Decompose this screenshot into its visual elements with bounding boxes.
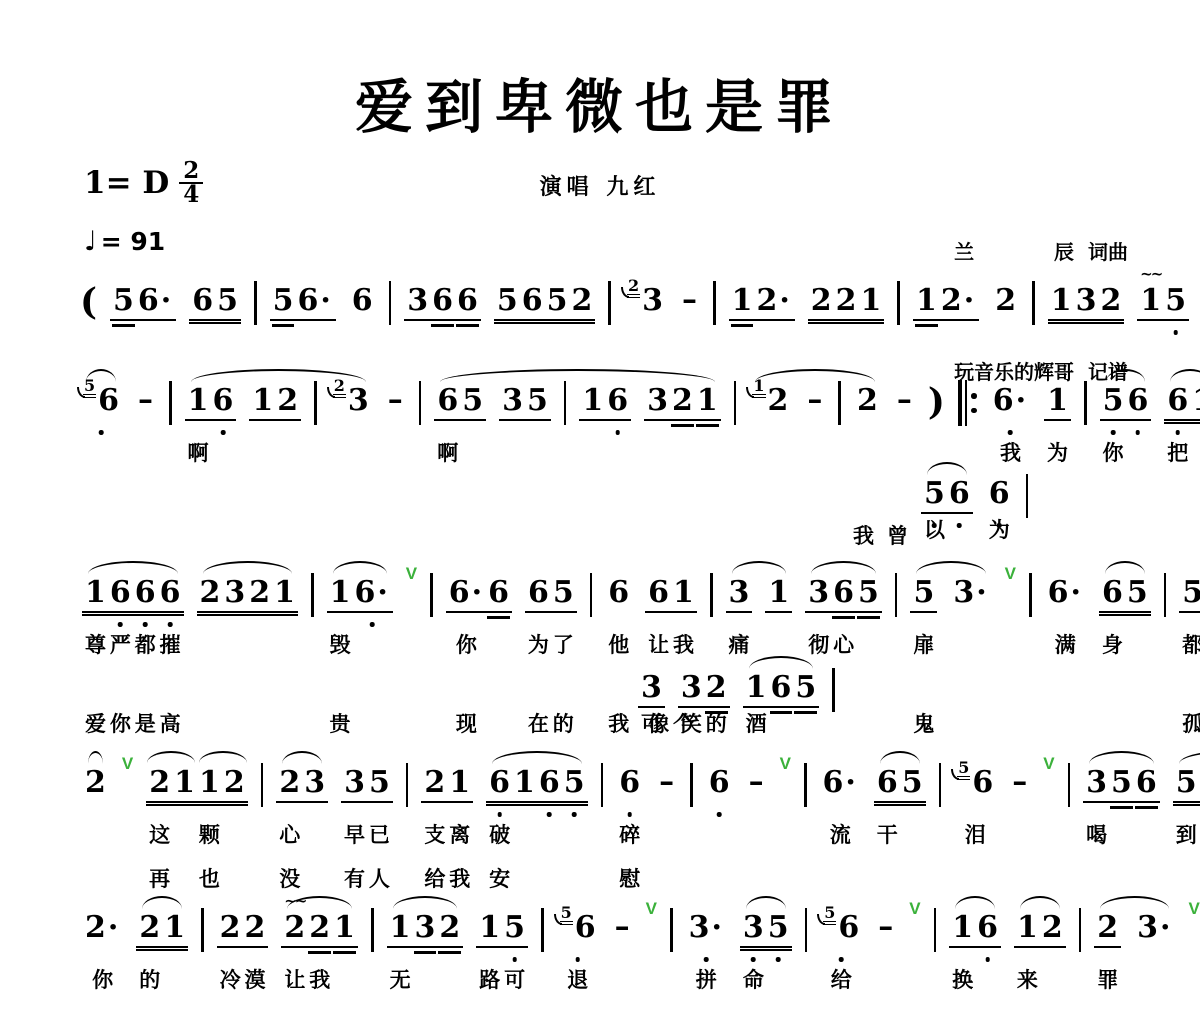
- barline: [314, 381, 317, 425]
- note-group: 5你6: [1100, 385, 1152, 421]
- beam: 2~~让2我1: [281, 912, 358, 948]
- repeat-start-sign: [958, 380, 977, 426]
- note-group: 6碎慰: [616, 767, 643, 801]
- grace-note: 5: [957, 759, 970, 780]
- beam: 56·: [110, 285, 176, 321]
- note-digit: 3痛: [727, 577, 752, 608]
- score-line-2: 56–1啊61223–6啊5351632112–2–)6·我1为5你66把1: [80, 367, 1200, 426]
- lyric-syllable: 破: [489, 823, 510, 847]
- slur-group: 3痛1: [726, 577, 793, 613]
- breath-mark: V: [1043, 754, 1054, 774]
- barline: [1164, 573, 1167, 617]
- note-digit: 6·我: [991, 385, 1030, 416]
- slur-group: 5扉鬼3·: [910, 577, 991, 613]
- note-digit: 2: [809, 285, 834, 316]
- lyric-syllable: 心: [279, 823, 300, 847]
- note-group: 6他我: [605, 577, 632, 611]
- note-digit: 23: [331, 385, 371, 416]
- augmentation-dot: ·: [1068, 577, 1082, 608]
- note-group: 23: [624, 285, 666, 319]
- grace-note: 2: [627, 277, 640, 298]
- beam: 2心没3: [276, 767, 328, 803]
- lyric-syllable-verse2: 人: [369, 867, 390, 891]
- note-digit: 2·你: [83, 912, 122, 943]
- barline: [710, 573, 713, 617]
- lyric-syllable: 满: [1055, 633, 1076, 657]
- barline: [169, 381, 172, 425]
- barline: [541, 908, 544, 952]
- note-digit: 1: [914, 285, 939, 316]
- note-digit: 5: [545, 285, 570, 316]
- repeat-thin-bar: [965, 380, 967, 426]
- barline: [430, 573, 433, 617]
- barline: [895, 573, 898, 617]
- note-digit: 2这再: [147, 767, 172, 798]
- note-group: 1毁贵6·: [327, 577, 393, 613]
- barline: [419, 381, 422, 425]
- note-group: 1换6: [949, 912, 1001, 948]
- low-octave-dots: [776, 957, 781, 962]
- note-digit: 2的: [704, 672, 729, 703]
- beam: 65: [189, 285, 241, 321]
- note-group: 3·: [950, 577, 991, 611]
- beam: 12·: [913, 285, 979, 321]
- quarter-note-icon: ♩: [84, 226, 97, 257]
- extra-beam: [431, 324, 454, 327]
- lyric-syllable: 已: [369, 823, 390, 847]
- note-group: 6让像1我个: [645, 577, 697, 613]
- dash-extension: –: [385, 385, 406, 415]
- note-group: 5652: [494, 285, 596, 321]
- low-octave-dots: [1175, 430, 1180, 435]
- beam: 6让像1我个: [645, 577, 697, 613]
- note-group: 3可: [638, 672, 665, 708]
- note-digit: 6: [1125, 385, 1150, 416]
- note-digit: 23: [625, 285, 665, 316]
- note-digit: 3喝: [1084, 767, 1109, 798]
- note-group: 65: [189, 285, 241, 321]
- note-digit: 5: [766, 912, 791, 943]
- extra-beam: [696, 424, 719, 427]
- slur-group: 12–2: [749, 385, 880, 425]
- note-group: 5都孤6是独: [1179, 577, 1200, 613]
- note-digit: 1啊: [186, 385, 211, 416]
- augmentation-dot: ·: [843, 767, 857, 798]
- lyric-syllable: 酒: [746, 712, 767, 736]
- note-digit: 6: [605, 385, 630, 416]
- score-line-7: 2·你2的12冷2漠2~~让2我11无321路5可56退–V3·拼3命556给–…: [82, 894, 1200, 952]
- barline: [1032, 281, 1035, 325]
- note-group: 56·: [270, 285, 336, 321]
- note-digit: 1: [695, 385, 720, 416]
- beam: 23: [330, 385, 372, 419]
- note-digit: 3·拼: [687, 912, 726, 943]
- note-group: 2321: [197, 577, 299, 613]
- note-digit: 6: [210, 385, 235, 416]
- score-line-4: 1尊爱6严你6都是6摧高23211毁贵6·V6·你现66为在5了的6他我6让像1…: [82, 559, 1200, 617]
- note-digit: 2的: [137, 912, 162, 943]
- beam: 2321: [197, 577, 299, 613]
- note-digit: 1: [162, 912, 187, 943]
- lyric-syllable: 命: [743, 968, 764, 992]
- dash-extension: –: [656, 767, 677, 797]
- note-digit: 5扉鬼: [911, 577, 936, 608]
- note-digit: 5可: [502, 912, 527, 943]
- lyric-syllable: 他: [608, 633, 629, 657]
- note-group: 3痛: [726, 577, 753, 613]
- beam: 2: [854, 385, 881, 419]
- note-digit: 2冷: [218, 912, 243, 943]
- breath-mark: V: [646, 899, 657, 919]
- note-digit: 6都是: [133, 577, 158, 608]
- lyric-syllable: 泪: [965, 823, 986, 847]
- lyric-syllable-verse2: 鬼: [913, 712, 934, 736]
- dash-extension: –: [679, 285, 700, 315]
- note-group: 3笑2的: [678, 672, 730, 708]
- extra-beam: [112, 324, 135, 327]
- beam: 1酒65: [743, 672, 820, 708]
- note-group: 12: [249, 385, 301, 421]
- note-group: 12: [749, 385, 791, 419]
- augmentation-dot: ·: [318, 285, 332, 316]
- low-octave-dots: [985, 957, 990, 962]
- note-digit: 6·满: [1046, 577, 1085, 608]
- beam: 1为: [1044, 385, 1071, 421]
- lyric-syllable: 你: [1103, 441, 1124, 465]
- lyric-syllable: 啊: [437, 441, 458, 465]
- note-group: 5扉鬼: [910, 577, 937, 613]
- augmentation-dot: ·: [375, 577, 389, 608]
- note-digit: 6·: [352, 577, 391, 608]
- note-group: 221: [808, 285, 885, 321]
- barline: [406, 763, 409, 807]
- lyric-syllable: 漠: [244, 968, 265, 992]
- barline: [201, 908, 204, 952]
- lyric-syllable: 笑: [681, 712, 702, 736]
- note-digit: 5: [111, 285, 136, 316]
- lyric-syllable: 罪: [1097, 968, 1118, 992]
- note-group: 1无32: [387, 912, 464, 948]
- note-digit: 1: [730, 285, 755, 316]
- low-octave-dots: [497, 812, 502, 817]
- note-digit: 2: [570, 285, 595, 316]
- note-digit: 1换: [950, 912, 975, 943]
- barline: [261, 763, 264, 807]
- note-digit: 2支给: [422, 767, 447, 798]
- note-group: 6: [349, 285, 376, 319]
- note-digit: 2: [1098, 285, 1123, 316]
- note-digit: 1为: [1045, 385, 1070, 416]
- score-line-5: 3可3笑2的1酒65: [638, 654, 835, 712]
- barline: [713, 281, 716, 325]
- lyric-syllable: 我: [309, 968, 330, 992]
- extra-beam: [794, 711, 817, 714]
- note-digit: 1离我: [447, 767, 472, 798]
- time-signature: 2 4: [179, 160, 203, 206]
- barline: [1084, 381, 1087, 425]
- low-octave-dots: [704, 957, 709, 962]
- barline: [1026, 474, 1029, 518]
- beam: 1啊6: [185, 385, 237, 421]
- note-digit: 2: [437, 912, 462, 943]
- score-line-6: 2V2这再11颗也22心没33早有5已人2支给1离我6破安1656碎慰–6–V6…: [82, 749, 1200, 807]
- lyric-syllable-verse2: 安: [489, 867, 510, 891]
- lyric-syllable: 换: [952, 968, 973, 992]
- grace-note: 1: [752, 377, 765, 398]
- note-digit: 3: [222, 577, 247, 608]
- note-digit: 1路: [477, 912, 502, 943]
- augmentation-dot: ·: [159, 285, 173, 316]
- lyric-syllable: 喝: [1086, 823, 1107, 847]
- note-digit: 6: [537, 767, 562, 798]
- note-group: 2这再11颗也2: [146, 767, 248, 803]
- lyric-syllable: 干: [877, 823, 898, 847]
- note-digit: 5: [856, 577, 881, 608]
- beam: 6·满: [1045, 577, 1086, 611]
- breath-mark: V: [1188, 899, 1199, 919]
- repeat-thick-bar: [958, 380, 962, 426]
- tempo-value: = 91: [101, 227, 165, 256]
- note-group: 1啊6: [185, 385, 237, 421]
- lyric-syllable: 你: [456, 633, 477, 657]
- low-octave-dots: [547, 812, 552, 817]
- low-octave-dots: [1111, 430, 1116, 435]
- lyric-syllable: 心: [833, 633, 854, 657]
- note-group: 5到652: [1173, 767, 1200, 803]
- note-group: 2心没3: [276, 767, 328, 803]
- note-group: 3·拼: [686, 912, 727, 946]
- lyric-syllable: 早: [344, 823, 365, 847]
- dash-extension: –: [135, 385, 156, 415]
- note-digit: 5: [1125, 577, 1150, 608]
- lyric-syllable: 可: [641, 712, 662, 736]
- note-digit: 6: [707, 767, 732, 798]
- note-group: 6·我: [990, 385, 1031, 419]
- note-digit: 2心没: [277, 767, 302, 798]
- tempo-marking: ♩ = 91: [84, 226, 165, 257]
- note-digit: 2·: [939, 285, 978, 316]
- lyric-syllable: 啊: [188, 441, 209, 465]
- note-digit: 5: [900, 767, 925, 798]
- lyric-syllable: 为: [528, 633, 549, 657]
- beam: 5你6: [1100, 385, 1152, 421]
- note-digit: 1: [250, 385, 275, 416]
- lyric-syllable: 可: [504, 968, 525, 992]
- barline: [590, 573, 593, 617]
- lyric-syllable-verse2: 我: [449, 867, 470, 891]
- lyric-syllable: 为: [1047, 441, 1068, 465]
- beam: 321: [644, 385, 721, 421]
- note-digit: 6啊: [435, 385, 460, 416]
- extra-beam: [272, 324, 295, 327]
- beam: 1来2: [1014, 912, 1066, 948]
- note-digit: 2: [222, 767, 247, 798]
- lyric-syllable: 支: [424, 823, 445, 847]
- slur-group: 6啊53516321: [434, 385, 720, 425]
- low-octave-dots: [370, 622, 375, 627]
- low-octave-dots: [615, 430, 620, 435]
- dash-extension: –: [612, 912, 633, 942]
- note-digit: 1: [859, 285, 884, 316]
- beam: 6他我: [605, 577, 632, 611]
- extra-beam: [857, 616, 880, 619]
- beam: 3喝56: [1083, 767, 1160, 803]
- note-group: 56给: [820, 912, 862, 946]
- beam: 6碎慰: [616, 767, 643, 801]
- note-digit: 1尊爱: [83, 577, 108, 608]
- note-digit: 5: [793, 672, 818, 703]
- beam: 6·你现6: [446, 577, 512, 613]
- note-group: 2: [992, 285, 1019, 319]
- augmentation-dot: ·: [106, 912, 120, 943]
- beam: 366: [404, 285, 481, 321]
- beam: 2支给1离我: [421, 767, 473, 803]
- beam: 56: [80, 385, 122, 419]
- note-group: 2: [82, 767, 109, 801]
- note-group: 6破安165: [486, 767, 588, 803]
- lyric-syllable: 无: [390, 968, 411, 992]
- breath-mark: V: [780, 754, 791, 774]
- note-group: 16: [579, 385, 631, 421]
- beam: 2冷2漠: [217, 912, 269, 948]
- note-group: 1酒65: [743, 672, 820, 708]
- beam: 56·: [270, 285, 336, 321]
- beam: 1无32: [387, 912, 464, 948]
- credit-lyricist-composer: 兰 辰 词曲: [954, 232, 1128, 272]
- note-group: 56: [80, 385, 122, 419]
- note-group: 6为: [986, 478, 1013, 512]
- lyric-syllable-verse2: 现: [456, 712, 477, 736]
- barline: [254, 281, 257, 325]
- note-digit: 1酒: [744, 672, 769, 703]
- note-digit: 3彻: [806, 577, 831, 608]
- beam: 2这再11颗也2: [146, 767, 248, 803]
- lyric-syllable: 给: [831, 968, 852, 992]
- lyric-syllable: 流: [830, 823, 851, 847]
- note-digit: 6: [769, 672, 794, 703]
- grace-note: 5: [83, 377, 96, 398]
- lyric-syllable: 冷: [220, 968, 241, 992]
- beam: 132: [1048, 285, 1125, 321]
- note-digit: 1: [172, 767, 197, 798]
- note-group: 3喝56: [1083, 767, 1160, 803]
- lyric-syllable: 拼: [696, 968, 717, 992]
- note-digit: 6: [947, 478, 972, 509]
- score-line-1: (56·6556·6366565223–12·22112·21321~~556–…: [80, 267, 1200, 325]
- note-digit: 6破安: [487, 767, 512, 798]
- low-octave-dots: [717, 812, 722, 817]
- barline: [1029, 573, 1032, 617]
- lyric-syllable-verse2: 也: [199, 867, 220, 891]
- note-digit: 6·: [295, 285, 334, 316]
- low-octave-dots: [751, 957, 756, 962]
- note-digit: 1: [512, 767, 537, 798]
- extra-beam: [832, 616, 855, 619]
- augmentation-dot: ·: [974, 577, 988, 608]
- beam: 2: [992, 285, 1019, 319]
- beam: 6把1: [1164, 385, 1200, 421]
- note-digit: 2: [834, 285, 859, 316]
- lyric-syllable-verse2: 是: [135, 712, 156, 736]
- repeat-dots: [971, 393, 977, 413]
- note-group: 1: [765, 577, 792, 613]
- note-digit: 2: [1040, 912, 1065, 943]
- lyric-syllable: 都: [135, 633, 156, 657]
- extra-beam: [438, 951, 461, 954]
- beam: 5到652: [1173, 767, 1200, 803]
- note-digit: 2: [855, 385, 880, 416]
- note-digit: 1来: [1015, 912, 1040, 943]
- lyric-syllable: 我: [853, 520, 874, 550]
- lyric-syllable: 把: [1167, 441, 1188, 465]
- note-group: 3命5: [740, 912, 792, 948]
- beam: 56退: [557, 912, 599, 946]
- note-digit: 2漠: [243, 912, 268, 943]
- note-digit: 12: [750, 385, 790, 416]
- note-group: 12·: [913, 285, 979, 321]
- lyric-syllable: 严: [110, 633, 131, 657]
- note-digit: 3: [645, 385, 670, 416]
- note-digit: 6把: [1165, 385, 1190, 416]
- lyric-syllable: 的: [139, 968, 160, 992]
- note-group: 12·: [729, 285, 795, 321]
- note-digit: 1~~: [1138, 285, 1163, 316]
- note-digit: 1无: [388, 912, 413, 943]
- song-title: 爱到卑微也是罪: [0, 60, 1200, 144]
- lyric-syllable: 碎: [619, 823, 640, 847]
- low-octave-dots: [957, 523, 962, 528]
- note-digit: 3: [500, 385, 525, 416]
- lyric-syllable: 颗: [199, 823, 220, 847]
- lyric-syllable-verse2: 孤: [1182, 712, 1200, 736]
- note-group: 2支给1离我: [421, 767, 473, 803]
- note-digit: 5: [460, 385, 485, 416]
- note-digit: 2·: [754, 285, 793, 316]
- extra-beam: [456, 324, 479, 327]
- note-group: 2·你: [82, 912, 123, 946]
- note-digit: 5: [525, 385, 550, 416]
- note-group: 35: [499, 385, 551, 421]
- beam: 12·: [729, 285, 795, 321]
- note-digit: 6: [430, 285, 455, 316]
- parenthesis: (: [80, 285, 97, 319]
- extra-beam: [770, 711, 793, 714]
- beam: 35: [499, 385, 551, 421]
- meter-numerator: 2: [179, 160, 203, 182]
- low-octave-dots: [99, 430, 104, 435]
- low-octave-dots: [575, 957, 580, 962]
- note-digit: 56给: [821, 912, 861, 943]
- lyric-syllable-verse2: 你: [110, 712, 131, 736]
- lyric-syllable-verse2: 爱: [85, 712, 106, 736]
- note-group: 366: [404, 285, 481, 321]
- lyric-syllable-verse2: 我: [608, 712, 629, 736]
- note-digit: 6干: [875, 767, 900, 798]
- note-digit: 6: [520, 285, 545, 316]
- note-group: 2冷2漠: [217, 912, 269, 948]
- dash-extension: –: [1009, 767, 1030, 797]
- lyric-syllable: 了: [553, 633, 574, 657]
- beam: 3早有5已人: [341, 767, 393, 803]
- note-digit: 3: [302, 767, 327, 798]
- note-group: 2的1: [136, 912, 188, 948]
- note-group: 56·: [110, 285, 176, 321]
- low-octave-dots: [572, 812, 577, 817]
- beam: 1路5可: [476, 912, 528, 948]
- barline: [934, 908, 937, 952]
- beam: 1尊爱6严你6都是6摧高: [82, 577, 184, 613]
- beam: 16: [579, 385, 631, 421]
